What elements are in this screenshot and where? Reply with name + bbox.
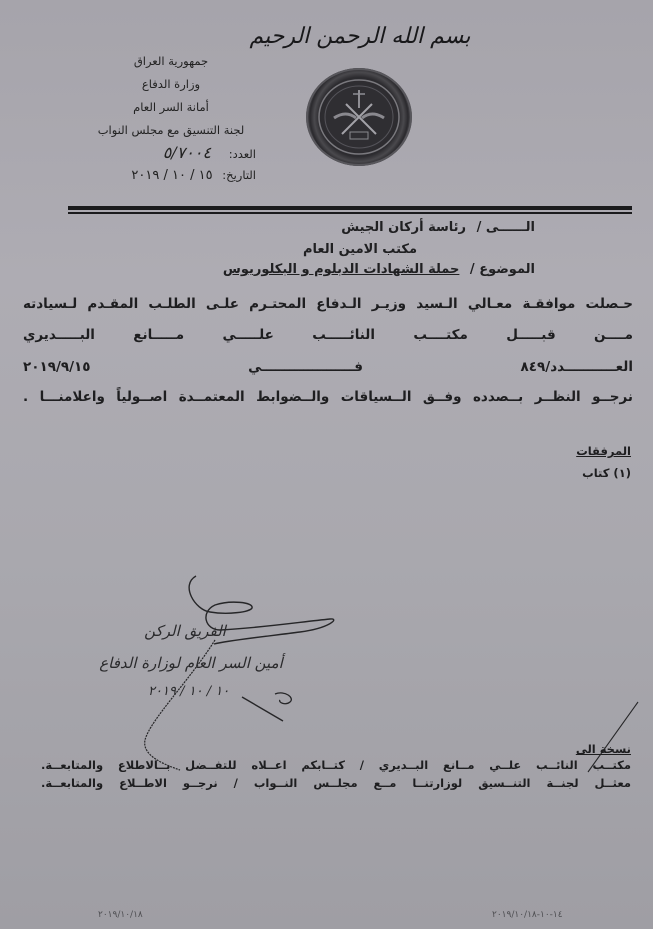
body-paragraph-line: مــــن قبـــــل مكتــــب النائـــــب علـ…: [23, 327, 633, 343]
header-divider: [68, 212, 632, 214]
copy-recipient-line: مكتــب النائــب علــي مــانع البــديري /…: [41, 758, 631, 772]
subject-line: الموضوع / حملة الشهادات الدبلوم و البكلو…: [105, 262, 535, 277]
letterhead-line: وزارة الدفاع: [86, 75, 256, 94]
to-value: رئاسة أركان الجيش: [341, 220, 466, 235]
subject-value: حملة الشهادات الدبلوم و البكلوريوس: [223, 262, 460, 277]
footer-stamp-left: ٢٠١٩/١٠/١٨: [98, 910, 143, 920]
signatory-rank: الفريق الركن: [140, 622, 230, 640]
copies-label: نسخة الى: [531, 742, 631, 756]
signature-date: ١٠ / ١٠ / ٢٠١٩: [148, 684, 258, 699]
letterhead-line: لجنة التنسيق مع مجلس النواب: [86, 121, 256, 140]
addressee-to: الــــــى / رئاسة أركان الجيش: [135, 220, 535, 235]
signatory-title: أمين السر العام لوزارة الدفاع: [96, 654, 286, 672]
scanned-letter: بسم الله الرحمن الرحيم جمهورية العراق وز…: [0, 0, 653, 929]
ministry-emblem-icon: [306, 68, 412, 166]
reference-date: التاريخ: ١٥ / ١٠ / ٢٠١٩: [86, 166, 256, 185]
attachments-label: المرفقات: [531, 444, 631, 458]
reference-date-value: ١٥ / ١٠ / ٢٠١٩: [131, 168, 212, 183]
letterhead: جمهورية العراق وزارة الدفاع أمانة السر ا…: [86, 50, 256, 185]
reference-number: العدد: ٥/٧٠٠٤: [86, 143, 256, 164]
footer-stamp-right: ١٤-١٠-٢٠١٩/١٠/١٨: [492, 910, 563, 920]
reference-number-label: العدد:: [229, 147, 256, 161]
basmala-heading: بسم الله الرحمن الرحيم: [225, 24, 495, 58]
addressee-office: مكتب الامين العام: [217, 242, 417, 257]
letterhead-line: أمانة السر العام: [86, 98, 256, 117]
body-paragraph-line: نرجــو النظــر بــصدده وفــق الــسياقات …: [23, 389, 633, 405]
body-paragraph-line: حـصلت موافقـة معـالي الـسيد وزيـر الـدفا…: [23, 296, 633, 312]
copy-recipient-line: معثــل لجنــة التنــسيق لوزارتنــا مــع …: [41, 776, 631, 790]
header-divider: [68, 206, 632, 210]
reference-number-value: ٥/٧٠٠٤: [163, 143, 211, 162]
reference-date-label: التاريخ:: [222, 168, 256, 182]
attachment-item: (١) كتاب: [531, 466, 631, 480]
to-label: الــــــى /: [477, 220, 535, 235]
subject-label: الموضوع /: [470, 262, 535, 277]
body-reference-line: العـــــــــــدد/٨٤٩ فــــــــــــــــــ…: [23, 359, 633, 375]
letterhead-line: جمهورية العراق: [86, 52, 256, 71]
